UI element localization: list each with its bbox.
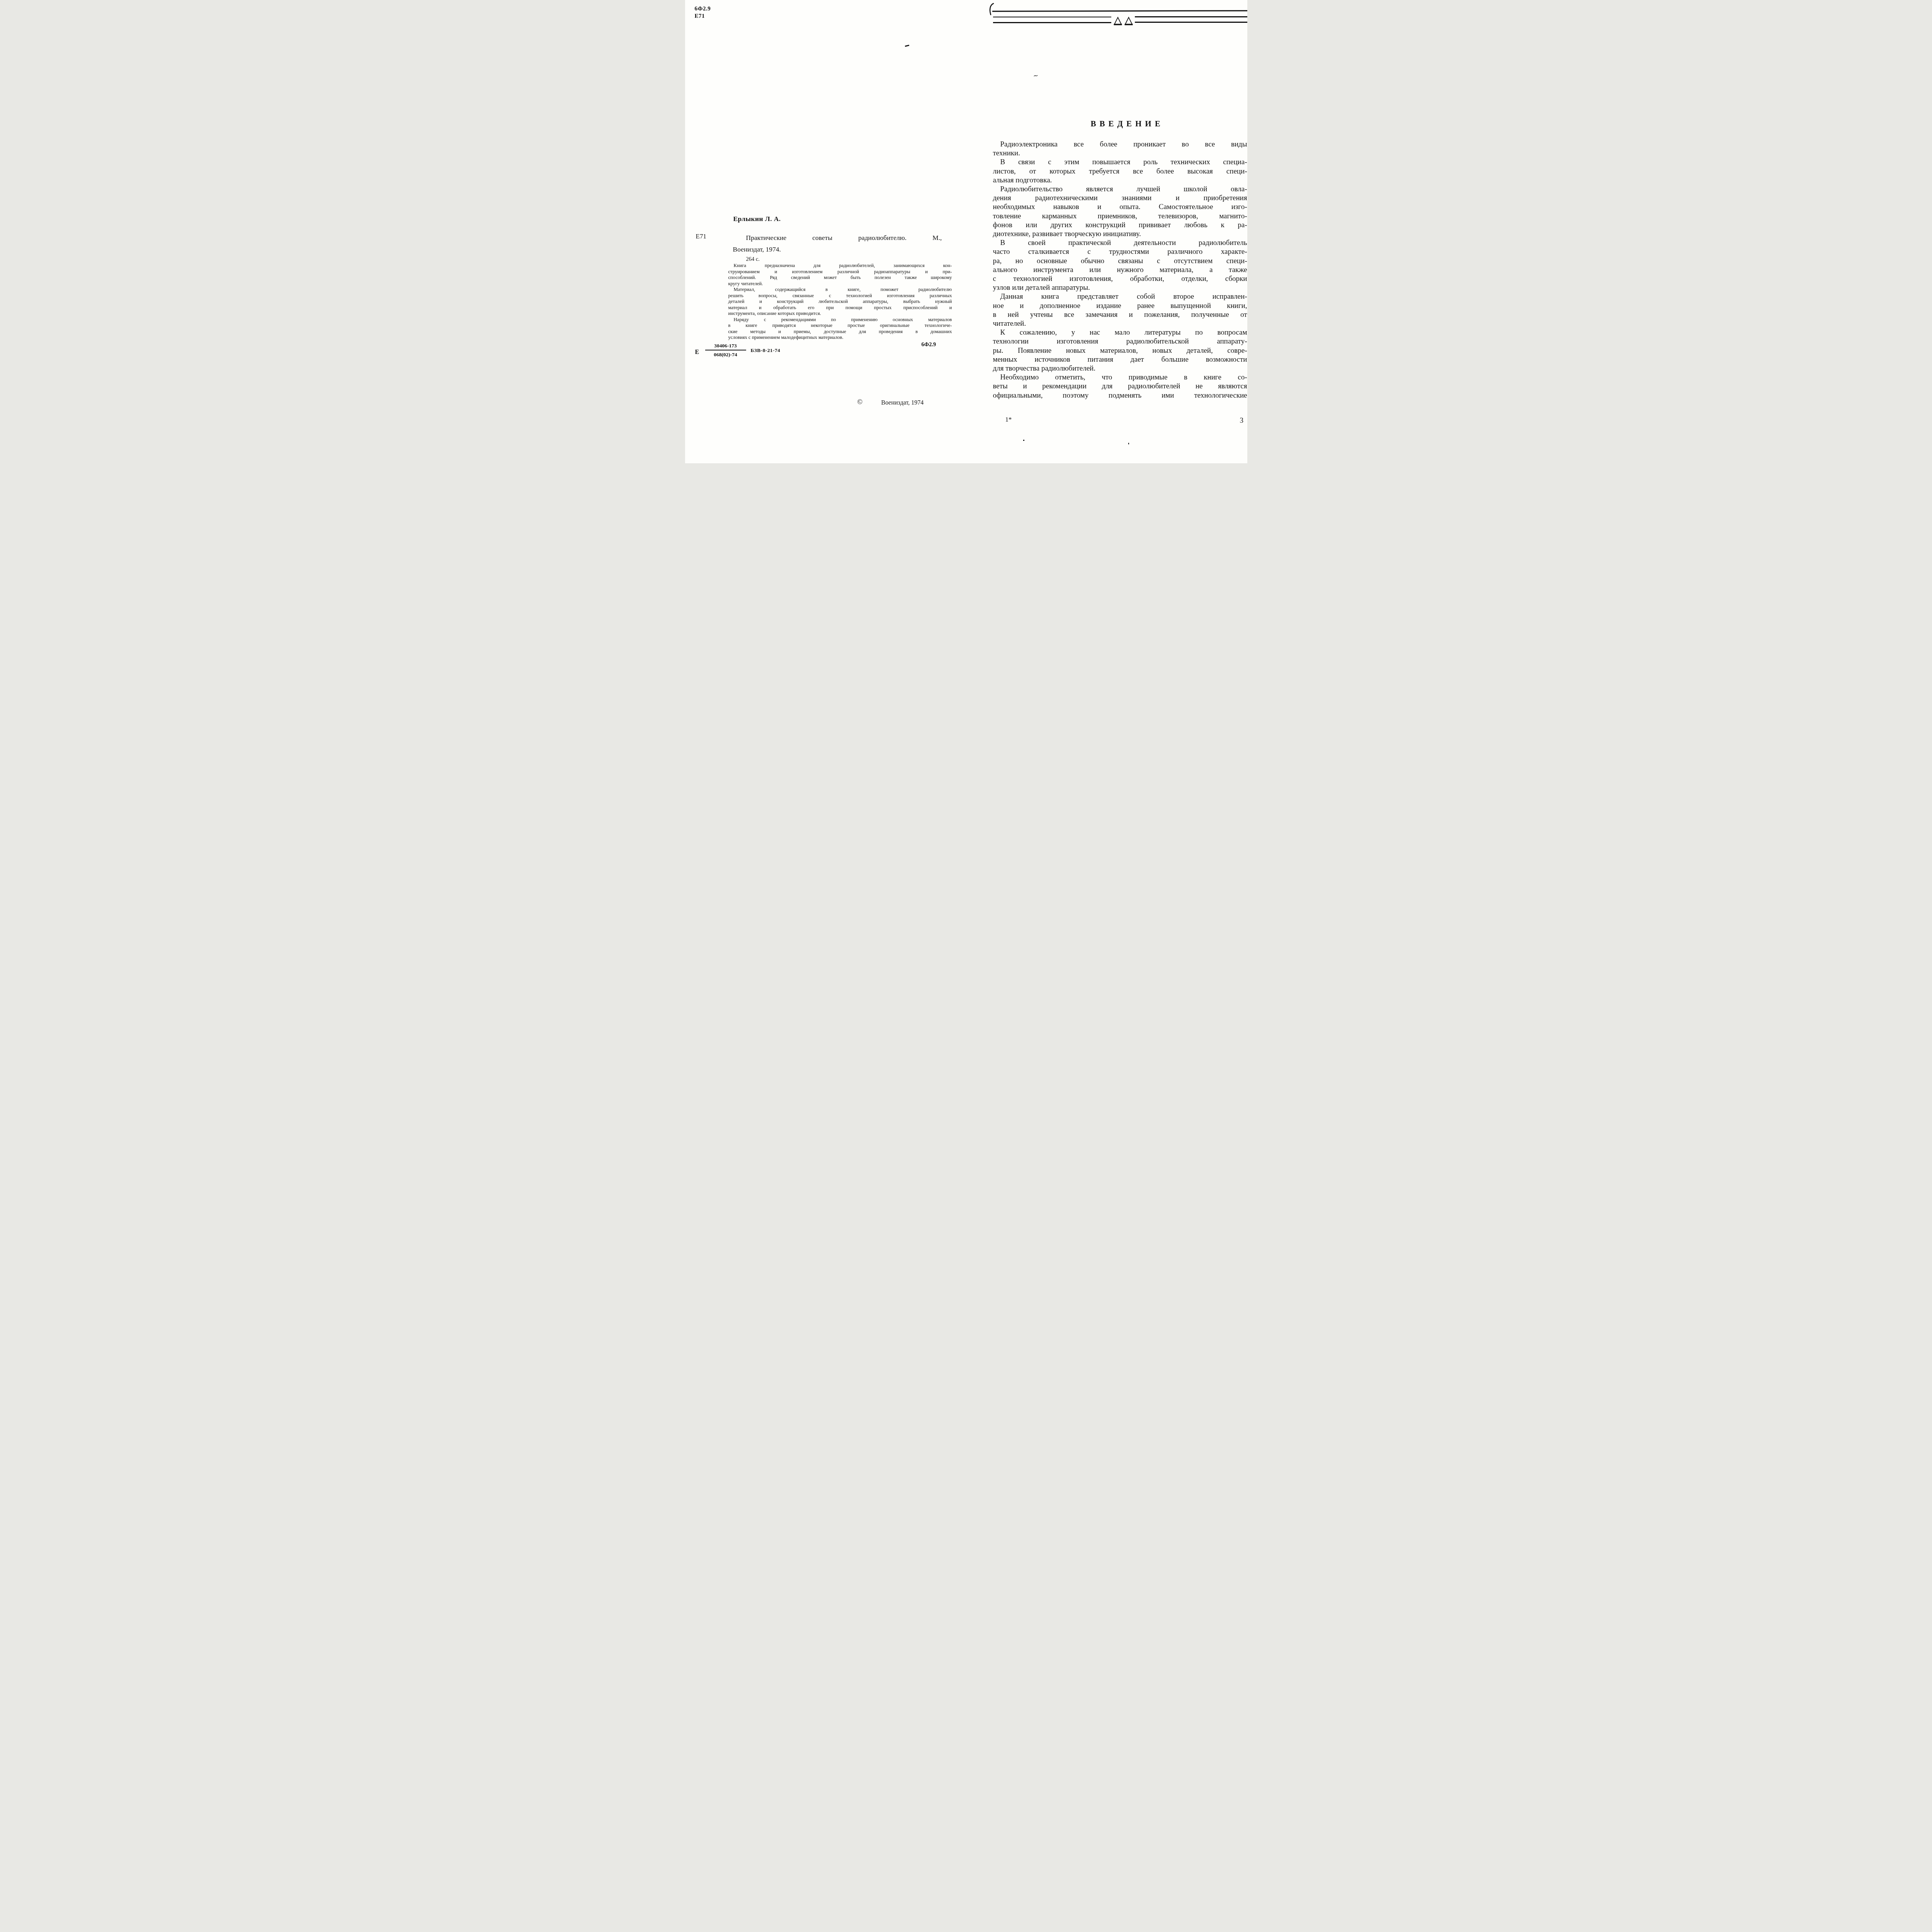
header-rule-top	[992, 10, 1247, 12]
text-line: листов, от которых требуется все более в…	[993, 167, 1247, 176]
text-line: материал и обработать его при помощи про…	[728, 305, 952, 311]
fraction-bar	[705, 350, 746, 350]
text-line: диотехнике, развивает творческую инициат…	[993, 230, 1247, 238]
text-line: в книге приводятся некоторые простые ори…	[728, 323, 952, 329]
text-line: узлов или деталей аппаратуры.	[993, 283, 1247, 292]
text-line: необходимых навыков и опыта. Самостоятел…	[993, 202, 1247, 211]
page-number: 3	[1240, 417, 1244, 425]
text-line: кругу читателей.	[728, 281, 952, 287]
text-line: дения радиотехническими знаниями и приоб…	[993, 194, 1247, 202]
pen-stroke-mark	[988, 2, 995, 18]
text-line: Наряду с рекомендациями по применению ос…	[728, 317, 952, 323]
book-spread-scan: 6Ф2.9 Е71 Ерлыкин Л. А. Е71 Практические…	[685, 0, 1247, 463]
text-line: Воениздат, 1974.	[733, 243, 942, 255]
text-line: способлений. Ряд сведений может быть пол…	[728, 275, 952, 281]
catalog-index-fraction: 30406-173 068(02)-74	[705, 342, 746, 358]
classification-code: 6Ф2.9	[695, 5, 711, 13]
text-line: Необходимо отметить, что приводимые в кн…	[993, 373, 1247, 382]
text-line: часто сталкивается с трудностями различн…	[993, 247, 1247, 256]
annotation-block: Книга предназначена для радиолюбителей, …	[728, 263, 952, 341]
text-line: ра, но основные обычно связаны с отсутст…	[993, 257, 1247, 265]
header-rule-bottom-right	[1135, 22, 1247, 23]
header-rule-mid-right	[1135, 16, 1247, 17]
text-line: условиях с применением малодефицитных ма…	[728, 335, 952, 341]
text-line: инструмента, описание которых приводится…	[728, 311, 952, 317]
text-line: с технологией изготовления, обработки, о…	[993, 274, 1247, 283]
text-line: товление карманных приемников, телевизор…	[993, 212, 1247, 221]
stray-tilde-mark: ~	[1033, 71, 1039, 79]
chapter-heading: ВВЕДЕНИЕ	[1091, 119, 1164, 129]
author-code: Е71	[695, 13, 711, 20]
catalog-order-code: БЗВ-8-21-74	[751, 347, 781, 354]
pages-count: 264 с.	[746, 256, 760, 263]
catalog-entry-code: Е71	[696, 233, 706, 240]
copyright-publisher: Воениздат, 1974	[881, 400, 924, 406]
book-title-block: Практические советы радиолюбителю. М.,Во…	[733, 232, 942, 255]
catalog-index-numerator: 30406-173	[705, 342, 746, 349]
text-line: техники.	[993, 149, 1247, 158]
catalog-index-denominator: 068(02)-74	[705, 351, 746, 358]
text-line: Материал, содержащийся в книге, поможет …	[728, 287, 952, 293]
text-line: официальными, поэтому подменять ими техн…	[993, 391, 1247, 400]
text-line: решить вопросы, связанные с технологией …	[728, 293, 952, 299]
text-line: ры. Появление новых материалов, новых де…	[993, 346, 1247, 355]
header-rule-bottom-left	[993, 22, 1111, 23]
text-line: К сожалению, у нас мало литературы по во…	[993, 328, 1247, 337]
copyright-icon: ©	[857, 398, 863, 406]
text-line: менных источников питания дает большие в…	[993, 355, 1247, 364]
text-line: в ней учтены все замечания и пожелания, …	[993, 310, 1247, 319]
scan-speck	[1023, 440, 1024, 441]
text-line: ские методы и приемы, доступные для пров…	[728, 329, 952, 335]
text-line: технологии изготовления радиолюбительско…	[993, 337, 1247, 346]
text-line: ального инструмента или нужного материал…	[993, 265, 1247, 274]
text-line: В своей практической деятельности радиол…	[993, 238, 1247, 247]
text-line: В связи с этим повышается роль техническ…	[993, 158, 1247, 167]
catalog-letter: Е	[695, 349, 699, 356]
text-line: струированием и изготовлением различной …	[728, 269, 952, 275]
text-line: ное и дополненное издание ранее выпущенн…	[993, 301, 1247, 310]
stray-dash-mark	[905, 45, 909, 47]
text-line: Радиоэлектроника все более проникает во …	[993, 140, 1247, 149]
text-line: Книга предназначена для радиолюбителей, …	[728, 263, 952, 269]
text-line: веты и рекомендации для радиолюбителей н…	[993, 382, 1247, 391]
header-rule-mid-left	[993, 17, 1111, 17]
text-line: Практические советы радиолюбителю. М.,	[733, 232, 942, 243]
author-name: Ерлыкин Л. А.	[733, 215, 781, 223]
triangle-ornament-icon	[1113, 17, 1134, 28]
text-line: Радиолюбительство является лучшей школой…	[993, 185, 1247, 194]
catalog-class-code: 6Ф2.9	[922, 342, 936, 348]
text-line: фонов или других конструкций прививает л…	[993, 221, 1247, 230]
text-line: деталей и конструкций любительской аппар…	[728, 299, 952, 305]
scan-speck	[1128, 443, 1129, 444]
text-line: читателей.	[993, 319, 1247, 328]
text-line: для творчества радиолюбителей.	[993, 364, 1247, 373]
signature-mark: 1*	[1005, 416, 1012, 423]
text-line: альная подготовка.	[993, 176, 1247, 185]
text-line: Данная книга представляет собой второе и…	[993, 292, 1247, 301]
introduction-body: Радиоэлектроника все более проникает во …	[993, 140, 1247, 400]
top-left-classification-codes: 6Ф2.9 Е71	[695, 5, 711, 20]
